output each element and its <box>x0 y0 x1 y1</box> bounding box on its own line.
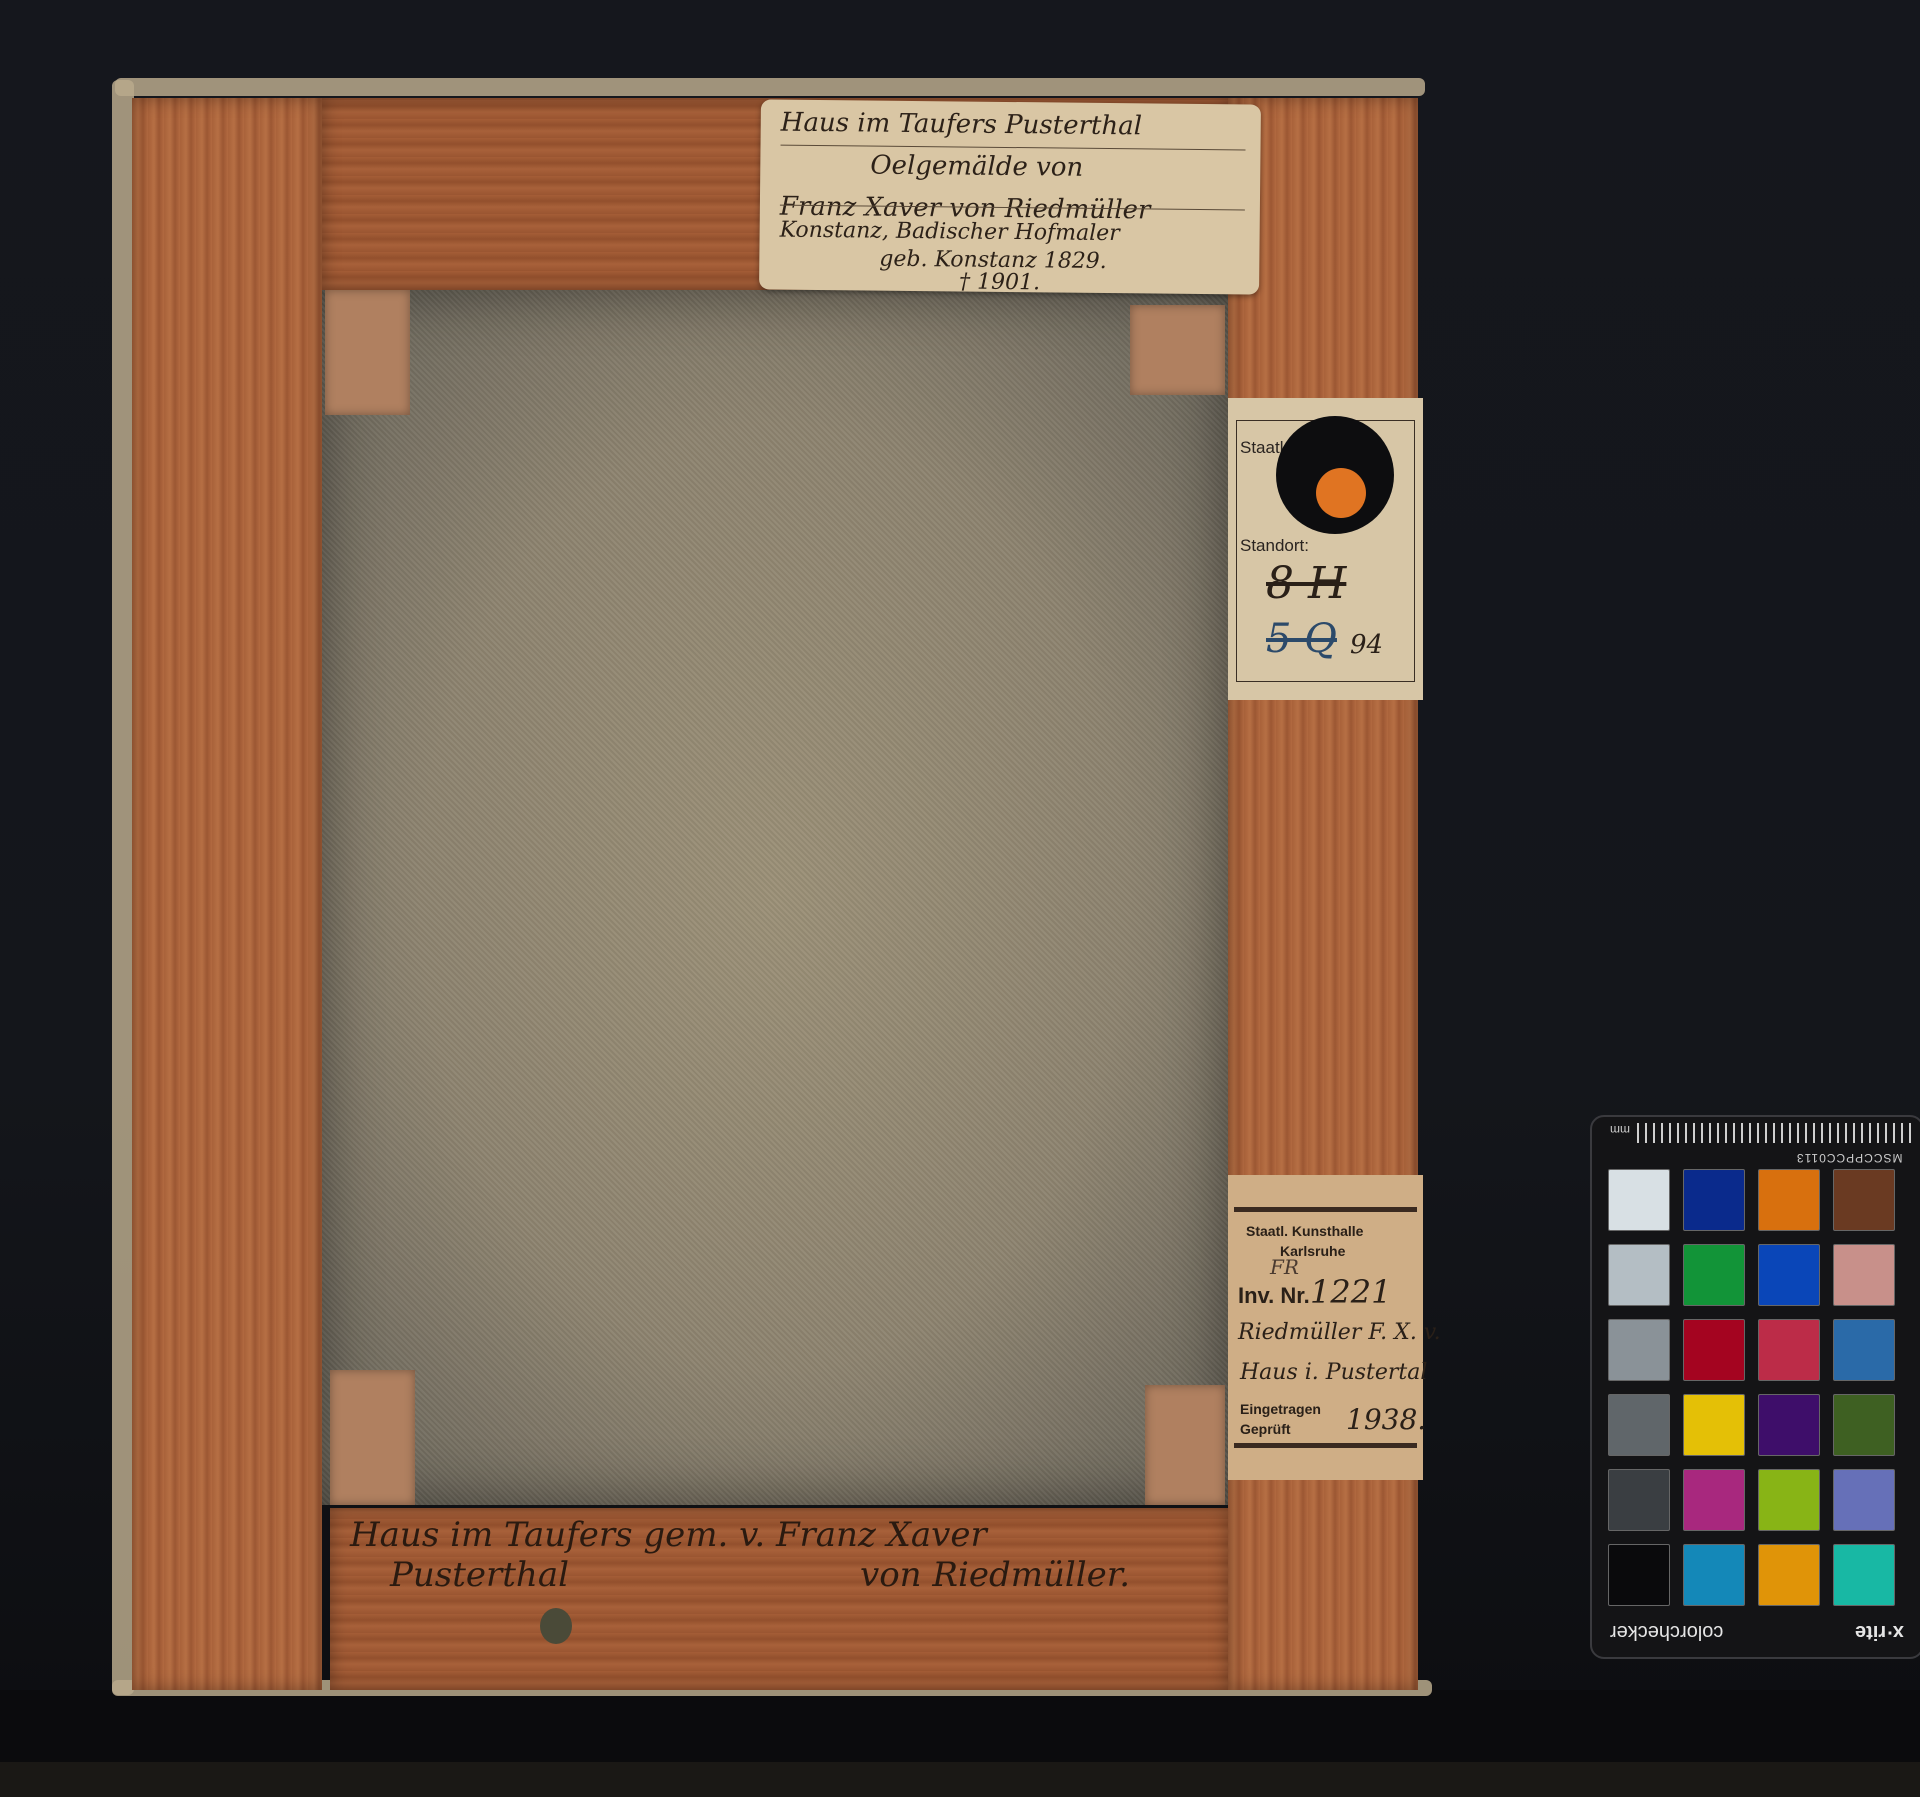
color-patch-16 <box>1833 1394 1895 1456</box>
color-patch-3 <box>1758 1169 1820 1231</box>
color-patch-12 <box>1833 1319 1895 1381</box>
orange-sticker-dot <box>1316 468 1366 518</box>
checker-brand-maker: x·rite <box>1855 1620 1904 1643</box>
color-patch-19 <box>1758 1469 1820 1531</box>
color-patch-11 <box>1758 1319 1820 1381</box>
color-patch-6 <box>1683 1244 1745 1306</box>
inventory-label: Staatl. Kunsthalle Karlsruhe FR Inv. Nr.… <box>1228 1175 1423 1480</box>
color-patch-grid <box>1608 1169 1895 1606</box>
color-patch-1 <box>1608 1169 1670 1231</box>
label-bar-bottom <box>1234 1443 1417 1448</box>
checker-brand-product: colorchecker <box>1610 1620 1723 1643</box>
color-patch-8 <box>1833 1244 1895 1306</box>
corner-key-top-left <box>325 290 410 415</box>
inscription-line-3: von Riedmüller. <box>860 1555 1130 1595</box>
corner-key-top-right <box>1130 305 1225 395</box>
inscription-line-2: Pusterthal <box>390 1555 569 1595</box>
inv-institution: Staatl. Kunsthalle <box>1246 1223 1363 1239</box>
color-patch-21 <box>1608 1544 1670 1606</box>
color-patch-18 <box>1683 1469 1745 1531</box>
location-value-crossed: 8 H <box>1266 558 1346 609</box>
mm-ruler <box>1637 1123 1912 1143</box>
floor-edge <box>0 1762 1920 1797</box>
label-line-title: Haus im Taufers Pusterthal <box>781 108 1241 143</box>
color-patch-22 <box>1683 1544 1745 1606</box>
color-patch-9 <box>1608 1319 1670 1381</box>
color-patch-10 <box>1683 1319 1745 1381</box>
corner-key-bottom-right <box>1145 1385 1225 1505</box>
inv-number-label: Inv. Nr. <box>1238 1283 1310 1309</box>
label-line-died: † 1901. <box>959 269 1239 297</box>
color-patch-15 <box>1758 1394 1820 1456</box>
color-patch-4 <box>1833 1169 1895 1231</box>
label-rule <box>781 145 1246 151</box>
inv-artist: Riedmüller F. X. v. <box>1238 1320 1441 1345</box>
color-patch-24 <box>1833 1544 1895 1606</box>
color-checker-card: mm MSCCPPCC0113 colorchecker x·rite <box>1590 1115 1920 1659</box>
color-patch-2 <box>1683 1169 1745 1231</box>
inv-number: 1221 <box>1310 1273 1391 1311</box>
label-bar-top <box>1234 1207 1417 1212</box>
color-patch-20 <box>1833 1469 1895 1531</box>
inv-entered-label: Eingetragen <box>1240 1401 1321 1417</box>
stretcher-frame: Haus im Taufers Pusterthal Oelgemälde vo… <box>120 90 1425 1695</box>
title-label-handwritten: Haus im Taufers Pusterthal Oelgemälde vo… <box>759 99 1261 294</box>
checker-serial: MSCCPPCC0113 <box>1796 1151 1902 1165</box>
label-line-origin: Konstanz, Badischer Hofmaler <box>780 218 1240 248</box>
stretcher-bar-left <box>132 98 322 1690</box>
corner-key-bottom-left <box>330 1370 415 1505</box>
location-value-crossed-2: 5 Q <box>1266 616 1337 662</box>
label-line-medium: Oelgemälde von <box>870 151 1240 185</box>
inv-initials: FR <box>1270 1255 1299 1279</box>
inscription-line-1: Haus im Taufers gem. v. Franz Xaver <box>350 1515 987 1555</box>
ruler-unit: mm <box>1610 1123 1630 1137</box>
inv-title: Haus i. Pustertal <box>1240 1360 1427 1385</box>
location-value-current: 94 <box>1350 630 1383 660</box>
color-patch-23 <box>1758 1544 1820 1606</box>
color-patch-17 <box>1608 1469 1670 1531</box>
inv-year: 1938. <box>1346 1403 1426 1436</box>
inv-checked-label: Geprüft <box>1240 1421 1291 1437</box>
label-standort-field: Standort: <box>1240 536 1309 556</box>
location-label: Staatl. Kunsthalle Standort: 8 H 5 Q 94 <box>1228 398 1423 700</box>
wax-spot <box>540 1608 572 1644</box>
canvas-back <box>320 290 1228 1505</box>
color-patch-5 <box>1608 1244 1670 1306</box>
color-patch-14 <box>1683 1394 1745 1456</box>
color-patch-13 <box>1608 1394 1670 1456</box>
color-patch-7 <box>1758 1244 1820 1306</box>
